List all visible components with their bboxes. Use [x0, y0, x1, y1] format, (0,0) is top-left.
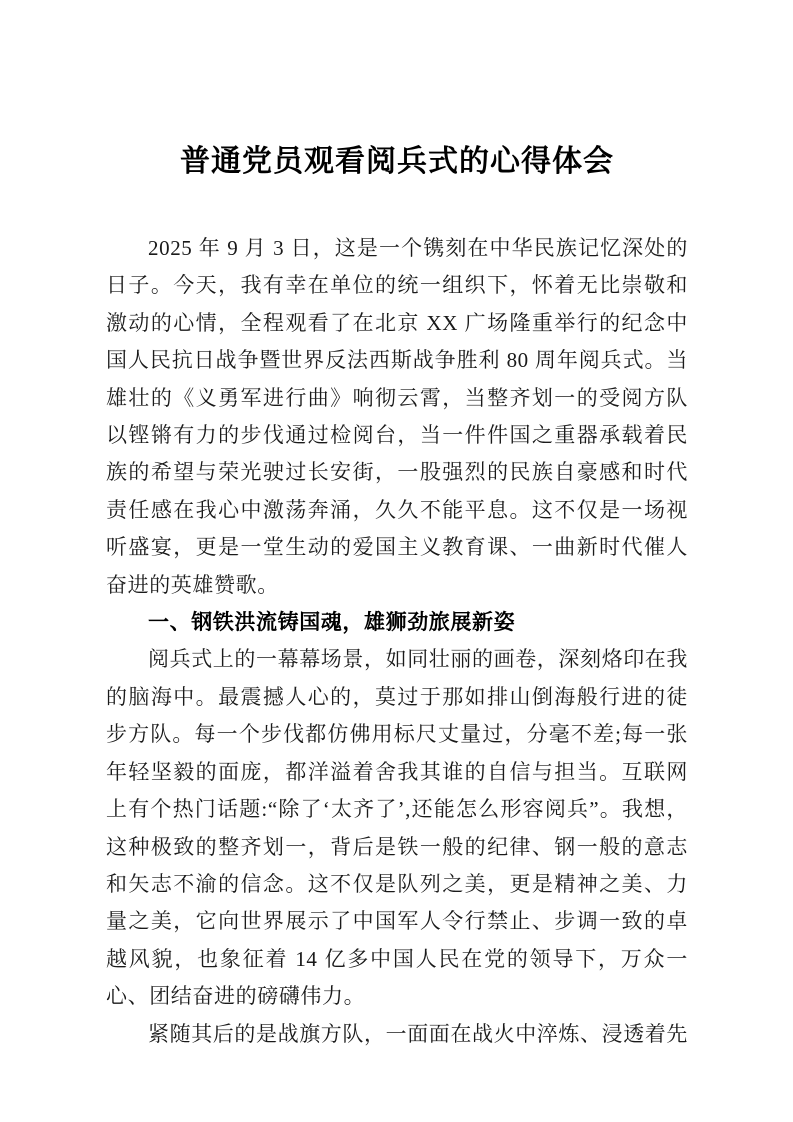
paragraph-intro: 2025 年 9 月 3 日，这是一个镌刻在中华民族记忆深处的日子。今天，我有幸…	[106, 230, 688, 604]
document-page: 普通党员观看阅兵式的心得体会 2025 年 9 月 3 日，这是一个镌刻在中华民…	[0, 0, 793, 1122]
section-heading-1: 一、钢铁洪流铸国魂，雄狮劲旅展新姿	[106, 604, 688, 641]
document-content: 普通党员观看阅兵式的心得体会 2025 年 9 月 3 日，这是一个镌刻在中华民…	[0, 0, 793, 1053]
paragraph-section-2: 紧随其后的是战旗方队，一面面在战火中淬炼、浸透着先	[106, 1016, 688, 1053]
paragraph-section-1: 阅兵式上的一幕幕场景，如同壮丽的画卷，深刻烙印在我的脑海中。最震撼人心的，莫过于…	[106, 641, 688, 1015]
document-title: 普通党员观看阅兵式的心得体会	[106, 140, 688, 184]
